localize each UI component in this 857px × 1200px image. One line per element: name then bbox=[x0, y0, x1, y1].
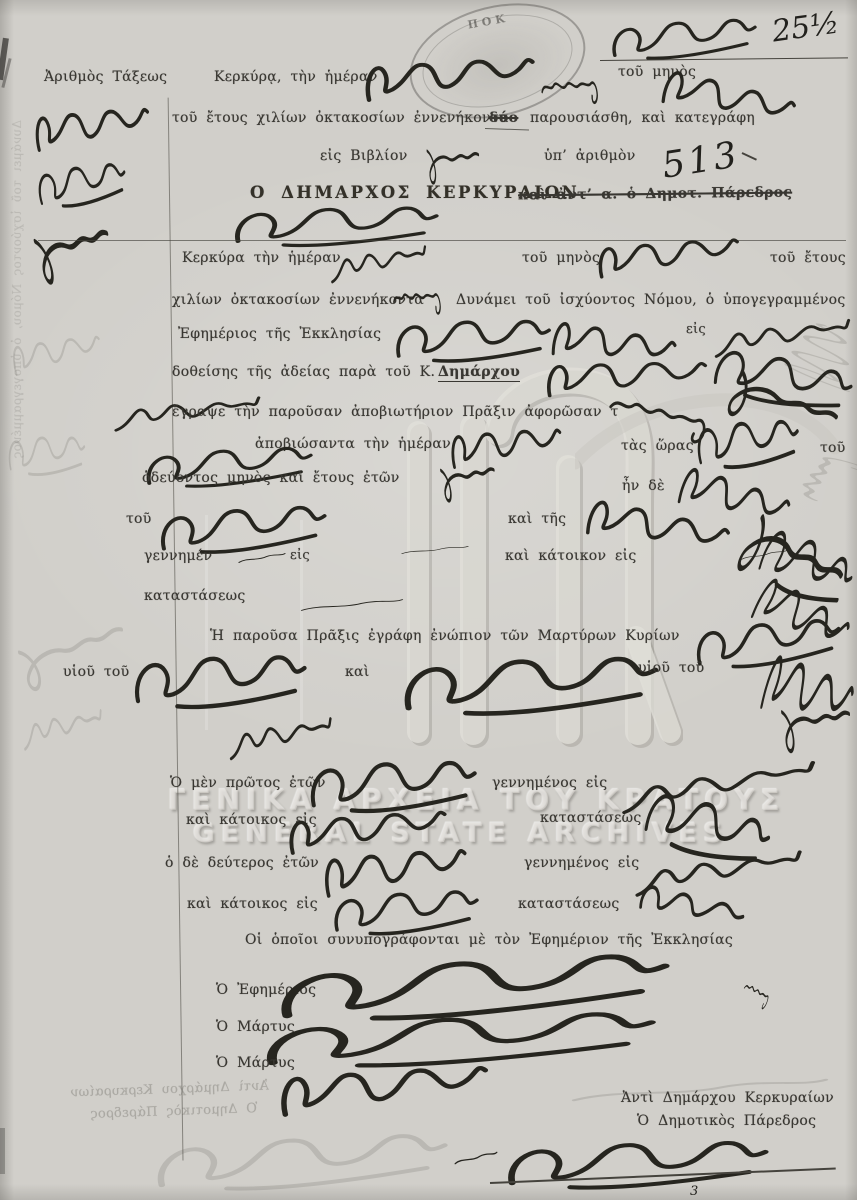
struck-deputy-phrase: καὶ ἀντ’ α. ὁ Δημοτ. Πάρεδρος bbox=[518, 185, 792, 204]
struck-word-extra-line bbox=[485, 128, 529, 131]
witness-second-status-label: καταστάσεως bbox=[518, 896, 620, 912]
act-month-label: τοῦ μηνὸς bbox=[522, 250, 600, 266]
act-place-date-label: Κερκύρα τὴν ἡμέραν bbox=[182, 250, 341, 266]
ghost-margin-stroke-3 bbox=[4, 599, 139, 702]
header-year-line: τοῦ ἔτους χιλίων ὀκτακοσίων ἐννενήκοντα bbox=[172, 110, 509, 126]
header-number-label: ὑπ’ ἀριθμὸν bbox=[544, 148, 636, 164]
act-and-label: καὶ bbox=[345, 664, 370, 680]
act-resident-label: καὶ κάτοικον εἰς bbox=[505, 548, 637, 564]
witness-first-label: Ὁ μὲν πρῶτος ἐτῶν bbox=[170, 775, 326, 791]
act-was-label: ἦν δὲ bbox=[622, 478, 665, 494]
act-father-label: τοῦ bbox=[126, 511, 152, 527]
act-mother-label: καὶ τῆς bbox=[508, 511, 566, 527]
header-book-label: εἰς Βιβλίον bbox=[320, 148, 408, 164]
stray-flourish-handwriting bbox=[223, 702, 337, 766]
witness-second-born-label: γεννημένος εἰς bbox=[524, 855, 639, 871]
act-year-words: χιλίων ὀκτακοσίων ἐννενήκοντα bbox=[172, 292, 424, 308]
witness-second-label: ὁ δὲ δεύτερος ἐτῶν bbox=[165, 855, 319, 871]
act-mayor-word-underlined: Δημάρχου bbox=[438, 364, 520, 382]
witness-first-born-label: γεννημένος εἰς bbox=[492, 775, 607, 791]
header-registered-text: παρουσιάσθη, καὶ κατεγράφη bbox=[530, 110, 755, 126]
act-year-label: τοῦ ἔτους bbox=[770, 250, 846, 266]
priest-signature-comma bbox=[738, 976, 776, 1013]
page-edge-mark bbox=[0, 1128, 5, 1174]
witness1-father-handwriting bbox=[127, 637, 311, 717]
witness-second-resident-label: καὶ κάτοικος εἰς bbox=[187, 896, 318, 912]
scanned-register-page: ΓΕΝΙΚΑ ΑΡΧΕΙΑ ΤΟΥ ΚΡΑΤΟΥΣ GENERAL STATE … bbox=[0, 0, 857, 1200]
ghost-bottom-stroke bbox=[559, 1065, 841, 1116]
act-born-label: γεννημέν bbox=[144, 548, 212, 564]
witness-first-status-label: καταστάσεως bbox=[540, 810, 642, 826]
act-at-label: εἰς bbox=[686, 322, 706, 337]
footer-page-number: 3 bbox=[690, 1184, 698, 1199]
ghost-signature-stroke bbox=[148, 1115, 452, 1200]
margin-order-label: Ἀριθμὸς Τάξεως bbox=[44, 69, 167, 85]
act-permission-clause: δοθείσης τῆς ἀδείας παρὰ τοῦ Κ. bbox=[172, 364, 435, 380]
margin-handwriting-1 bbox=[27, 91, 156, 161]
ghost-deputy-title-mirrored: Ὁ Δημοτικὸς Πάρεδρος bbox=[90, 1101, 258, 1122]
header-day-handwriting-2 bbox=[537, 63, 605, 115]
deputy-signature-handwriting bbox=[500, 1125, 771, 1198]
ghost-vertical-print: Δυνάμει τοῦ ἰσχύοντος Νόμου, ὁ ὑπογεγραμ… bbox=[10, 120, 24, 459]
act-hours-label: τὰς ὥρας bbox=[621, 438, 694, 454]
status-dash-stroke bbox=[296, 592, 409, 618]
deputy-signature-lead-stroke bbox=[451, 1144, 502, 1172]
act-priest-label: Ἐφημέριος τῆς Ἐκκλησίας bbox=[178, 326, 381, 342]
ghost-margin-stroke-2 bbox=[3, 423, 89, 482]
register-number-handwriting: 513 bbox=[659, 134, 742, 187]
ghost-margin-stroke-4 bbox=[16, 693, 107, 757]
act-status-label: καταστάσεως bbox=[144, 588, 246, 604]
act-current-month-clause: ὁδεύοντος μηνὸς καὶ ἔτους ἐτῶν bbox=[142, 470, 400, 486]
header-struck-word: δύο bbox=[489, 110, 518, 126]
act-born-at-label: εἰς bbox=[290, 548, 310, 563]
act-month-handwriting bbox=[590, 223, 744, 287]
corner-note-number: 25½ bbox=[770, 5, 841, 49]
register-number-tick bbox=[742, 152, 757, 161]
header-place-date-label: Κερκύρᾳ, τὴν ἡμέραν bbox=[214, 69, 378, 85]
act-law-clause: Δυνάμει τοῦ ἰσχύοντος Νόμου, ὁ ὑπογεγραμ… bbox=[456, 292, 846, 308]
ghost-deputy-for-mirrored: Ἀντὶ Δημάρχου Κερκυραίων bbox=[70, 1079, 269, 1101]
act-son-of-label2: υἱοῦ τοῦ bbox=[638, 660, 704, 676]
margin-handwriting-3 bbox=[23, 201, 123, 295]
